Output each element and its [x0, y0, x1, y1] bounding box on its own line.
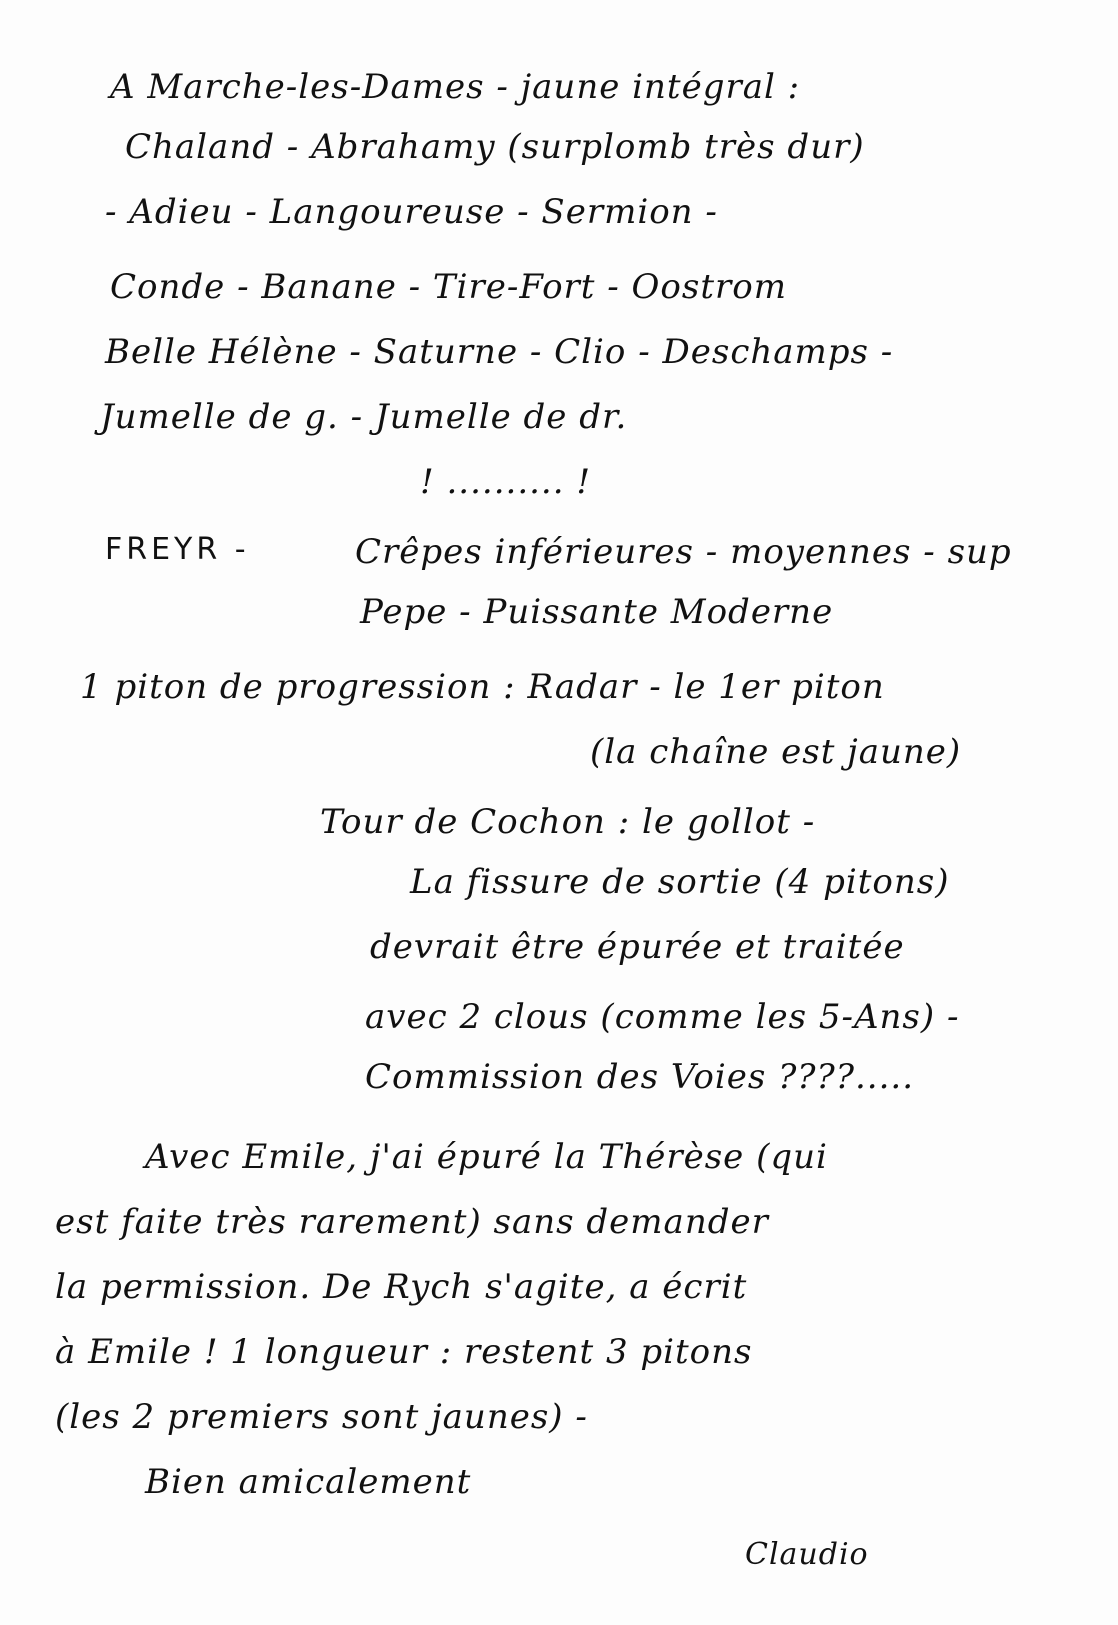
letter-line: (les 2 premiers sont jaunes) -	[55, 1400, 588, 1434]
letter-line: Chaland - Abrahamy (surplomb très dur)	[125, 130, 865, 164]
letter-line: Crêpes inférieures - moyennes - sup	[355, 535, 1012, 569]
letter-line: A Marche-les-Dames - jaune intégral :	[110, 70, 800, 104]
closing-line: Bien amicalement	[145, 1465, 471, 1499]
letter-line: Pepe - Puissante Moderne	[360, 595, 833, 629]
freyr-heading: FREYR -	[105, 535, 250, 565]
letter-line: Jumelle de g. - Jumelle de dr.	[100, 400, 627, 434]
signature: Claudio	[745, 1540, 869, 1570]
letter-line: (la chaîne est jaune)	[590, 735, 961, 769]
letter-line: La fissure de sortie (4 pitons)	[410, 865, 950, 899]
letter-line: Belle Hélène - Saturne - Clio - Deschamp…	[105, 335, 893, 369]
handwritten-letter-page: A Marche-les-Dames - jaune intégral : Ch…	[0, 0, 1118, 1625]
letter-line: la permission. De Rych s'agite, a écrit	[55, 1270, 747, 1304]
letter-line: - Adieu - Langoureuse - Sermion -	[105, 195, 718, 229]
letter-line: à Emile ! 1 longueur : restent 3 pitons	[55, 1335, 753, 1369]
letter-line: Avec Emile, j'ai épuré la Thérèse (qui	[145, 1140, 828, 1174]
letter-line: est faite très rarement) sans demander	[55, 1205, 769, 1239]
letter-line: 1 piton de progression : Radar - le 1er …	[80, 670, 885, 704]
letter-line: Tour de Cochon : le gollot -	[320, 805, 815, 839]
letter-line: ! .......... !	[420, 465, 591, 499]
letter-line: Commission des Voies ????.....	[365, 1060, 914, 1094]
letter-line: devrait être épurée et traitée	[370, 930, 905, 964]
letter-line: avec 2 clous (comme les 5-Ans) -	[365, 1000, 959, 1034]
letter-line: Conde - Banane - Tire-Fort - Oostrom	[110, 270, 787, 304]
